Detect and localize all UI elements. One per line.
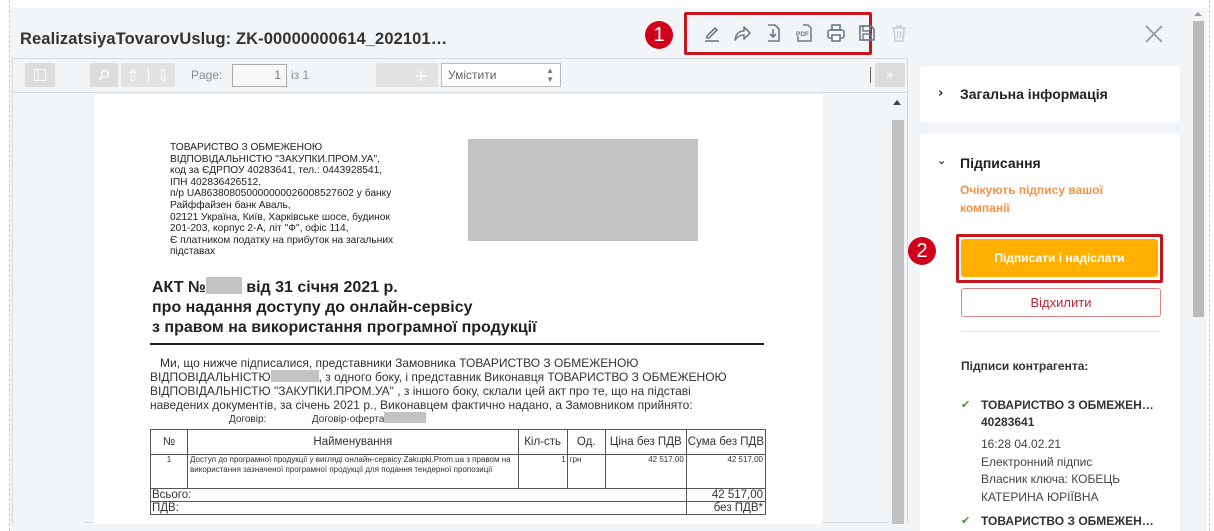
sidebar-toggle-icon: [34, 69, 46, 81]
act-number-label: АКТ №: [152, 279, 206, 296]
row-unit: грн: [567, 455, 605, 489]
contract-line: Договір: Договір-оферта: [229, 412, 426, 425]
general-info-title[interactable]: Загальна інформація: [960, 86, 1108, 102]
frame-border: [1209, 0, 1210, 531]
seller-line: код за ЄДРПОУ 40283641, тел.: 0443928541…: [170, 165, 430, 177]
column-header: Од.: [567, 430, 605, 455]
row-name: Доступ до програмної продукції у вигляді…: [188, 455, 519, 489]
signature-time: 16:28 04.02.21: [981, 436, 1120, 454]
edit-icon[interactable]: [701, 22, 723, 44]
act-date: від 31 січня 2021 р.: [246, 279, 397, 296]
scrollbar-thumb[interactable]: [1193, 21, 1204, 317]
pdf-icon[interactable]: PDF: [793, 22, 815, 44]
contract-value: Договір-оферта: [312, 414, 385, 425]
signing-title[interactable]: Підписання: [960, 155, 1041, 171]
page-scrollbar[interactable]: [1190, 8, 1207, 531]
sidebar-toggle-button[interactable]: [25, 63, 55, 87]
signature-org: ТОВАРИСТВО З ОБМЕЖЕН… 40283641: [981, 397, 1154, 431]
signature-item: ✔ ТОВАРИСТВО З ОБМЕЖЕН… 40283641 16:28 0…: [961, 397, 1171, 507]
seller-line: ВІДПОВІДАЛЬНІСТЮ "ЗАКУПКИ.ПРОМ.УА",: [170, 154, 430, 166]
step-badge-2: 2: [908, 237, 936, 265]
page-total: із 1: [291, 68, 309, 82]
sign-button-highlight: Підписати і надіслати: [956, 234, 1163, 283]
seller-line: 02121 Україна, Київ, Харківське шосе, бу…: [170, 212, 430, 224]
viewer-sidebar: [14, 94, 84, 524]
previous-page-arrow-up-icon[interactable]: ⇧: [126, 66, 139, 85]
signature-org-name: ТОВАРИСТВО З ОБМЕЖЕН…: [981, 513, 1154, 530]
signature-org-name: ТОВАРИСТВО З ОБМЕЖЕН…: [981, 397, 1154, 414]
download-icon[interactable]: [762, 22, 784, 44]
find-button[interactable]: [90, 63, 118, 87]
signature-org-code: 40283641: [981, 414, 1154, 431]
next-page-arrow-down-icon[interactable]: ⇩: [157, 66, 170, 85]
seller-line: ІПН 402836426512,: [170, 177, 430, 189]
row-sum: 42 517,00: [686, 455, 765, 489]
double-chevron-right-icon: »: [886, 68, 894, 83]
signature-type: Електронний підпис: [981, 454, 1120, 472]
table-header-row: № Найменування Кіл-сть Од. Ціна без ПДВ …: [151, 430, 766, 455]
info-panel: › Загальна інформація ⌄ Підписання Очіку…: [920, 58, 1182, 531]
total-row: Всього: 42 517,00: [151, 489, 766, 502]
chevron-down-icon[interactable]: ⌄: [937, 154, 946, 167]
seller-line: 201-203, корпус 2-А, літ "Ф", офіс 114,: [170, 223, 430, 235]
divider: [961, 331, 1161, 332]
column-header: Ціна без ПДВ: [605, 430, 686, 455]
pdf-page: ТОВАРИСТВО З ОБМЕЖЕНОЮ ВІДПОВІДАЛЬНІСТЮ …: [94, 94, 822, 524]
column-header: Сума без ПДВ: [686, 430, 765, 455]
scroll-up-arrow-icon[interactable]: [1194, 12, 1202, 16]
intro-line: ВІДПОВІДАЛЬНІСТЮ "ЗАКУПКИ.ПРОМ.УА" , з і…: [150, 384, 790, 398]
intro-paragraph: Ми, що нижче підписалися, представники З…: [150, 356, 790, 412]
items-table: № Найменування Кіл-сть Од. Ціна без ПДВ …: [150, 429, 766, 515]
redacted-logo: [468, 139, 698, 241]
seller-line: ТОВАРИСТВО З ОБМЕЖЕНОЮ: [170, 142, 430, 154]
viewer-scrollbar[interactable]: [889, 94, 907, 524]
app-frame: RealizatsiyaTovarovUslug: ZK-00000000614…: [0, 0, 1214, 531]
vat-value: без ПДВ*: [686, 502, 765, 515]
signature-org: ТОВАРИСТВО З ОБМЕЖЕН…: [981, 513, 1154, 530]
print-icon[interactable]: [825, 22, 847, 44]
page-label: Page:: [191, 68, 222, 82]
act-title: АКТ № від 31 січня 2021 р. про надання д…: [152, 277, 537, 338]
vat-label: ПДВ:: [151, 502, 687, 515]
total-value: 42 517,00: [686, 489, 765, 502]
act-subtitle: з правом на використання програмної прод…: [152, 318, 537, 338]
row-price: 42 517,00: [605, 455, 686, 489]
signing-status: Очікують підпису вашої компанії: [960, 181, 1150, 217]
act-subtitle: про надання доступу до онлайн-сервісу: [152, 298, 537, 318]
intro-text: ВІДПОВІДАЛЬНІСТЮ: [150, 370, 271, 384]
page-number-input[interactable]: 1: [232, 64, 287, 87]
signature-owner: КАТЕРИНА ЮРІЇВНА: [981, 489, 1120, 507]
row-number: 1: [151, 455, 188, 489]
close-icon[interactable]: [1143, 23, 1165, 45]
intro-line: Ми, що нижче підписалися, представники З…: [150, 356, 790, 370]
total-label: Всього:: [151, 489, 687, 502]
contract-label: Договір:: [229, 414, 266, 425]
intro-text: , з одного боку, і представник Виконавця…: [319, 370, 727, 384]
row-qty: 1: [518, 455, 567, 489]
page-nav-buttons: ⇧ ⇩: [121, 63, 175, 87]
column-header: №: [151, 430, 188, 455]
plus-icon: +: [414, 66, 427, 85]
column-header: Кіл-сть: [518, 430, 567, 455]
redacted-contract-number: [384, 412, 426, 423]
column-header: Найменування: [188, 430, 519, 455]
signature-details: 16:28 04.02.21 Електронний підпис Власни…: [981, 436, 1120, 506]
toolbar-separator: [870, 67, 871, 83]
seller-line: Є платником податку на прибуток на загал…: [170, 235, 430, 247]
general-info-section[interactable]: › Загальна інформація: [920, 66, 1180, 122]
counterparty-signatures-title: Підписи контрагента:: [961, 359, 1088, 373]
forward-icon[interactable]: [731, 22, 753, 44]
zoom-select[interactable]: Умістити ▲▼: [441, 63, 561, 87]
seller-line: Райффайзен банк Аваль,: [170, 200, 430, 212]
redacted-customer: [271, 370, 319, 382]
signature-owner: Власник ключа: КОБЕЦЬ: [981, 471, 1120, 489]
save-icon[interactable]: [856, 22, 878, 44]
check-icon: ✔: [961, 514, 970, 527]
seller-line: п/р UA863808050000000026008527602 у банк…: [170, 188, 430, 200]
scrollbar-thumb[interactable]: [892, 120, 904, 524]
title-rule: [150, 343, 764, 345]
zoom-select-value: Умістити: [448, 68, 496, 82]
signing-section: ⌄ Підписання Очікують підпису вашої комп…: [920, 134, 1180, 531]
viewer-toolbar: ⇧ ⇩ Page: 1 із 1 + Умістити ▲▼ »: [13, 59, 907, 93]
check-icon: ✔: [961, 398, 970, 411]
more-tools-button[interactable]: »: [875, 63, 905, 87]
sign-and-send-button[interactable]: Підписати і надіслати: [961, 239, 1158, 277]
scroll-up-arrow-icon[interactable]: [893, 100, 901, 105]
svg-text:PDF: PDF: [796, 31, 809, 38]
seller-details: ТОВАРИСТВО З ОБМЕЖЕНОЮ ВІДПОВІДАЛЬНІСТЮ …: [170, 142, 430, 258]
step-badge-1: 1: [645, 21, 673, 49]
redacted-act-number: [206, 277, 242, 294]
intro-line: наведених документів, за січень 2021 р.,…: [150, 398, 790, 412]
reject-button[interactable]: Відхилити: [961, 288, 1161, 317]
zoom-in-button[interactable]: +: [376, 63, 438, 87]
chevron-right-icon: ›: [938, 86, 943, 101]
seller-line: підставах: [170, 246, 430, 258]
delete-icon[interactable]: [888, 22, 910, 44]
vat-row: ПДВ: без ПДВ*: [151, 502, 766, 515]
signature-item: ✔ ТОВАРИСТВО З ОБМЕЖЕН…: [961, 513, 1171, 531]
document-title: RealizatsiyaTovarovUslug: ZK-00000000614…: [20, 30, 447, 49]
search-icon: [98, 69, 110, 81]
table-row: 1 Доступ до програмної продукції у вигля…: [151, 455, 766, 489]
pdf-viewer: ⇧ ⇩ Page: 1 із 1 + Умістити ▲▼ » ТОВАРИС…: [12, 58, 908, 523]
select-arrows-icon: ▲▼: [546, 66, 554, 84]
